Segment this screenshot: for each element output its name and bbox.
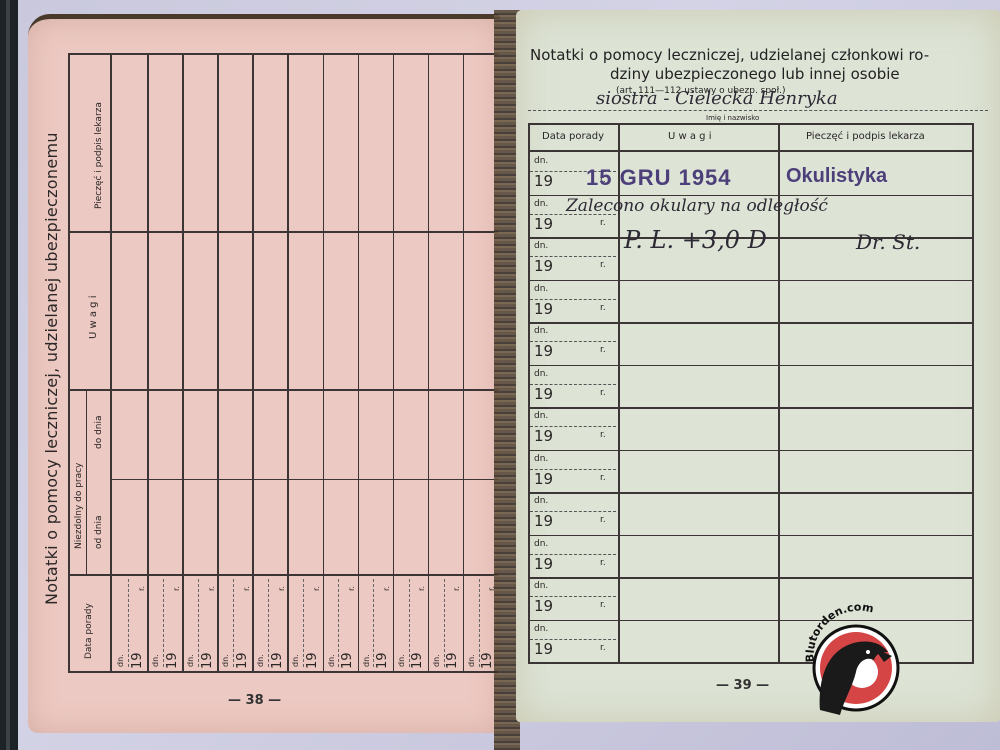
table-left bbox=[528, 123, 530, 663]
day-label: dn. bbox=[291, 654, 300, 667]
name-dotted-line bbox=[528, 110, 988, 111]
name-label: Imię i nazwisko bbox=[706, 114, 759, 122]
day-label: dn. bbox=[397, 654, 406, 667]
year-label: 19 bbox=[235, 652, 250, 669]
year-label: 19 bbox=[534, 385, 553, 403]
year-suffix: r. bbox=[600, 558, 606, 568]
year-label: 19 bbox=[534, 342, 553, 360]
year-suffix: r. bbox=[417, 586, 426, 591]
year-label: 19 bbox=[534, 172, 553, 190]
year-suffix: r. bbox=[382, 586, 391, 591]
year-label: 19 bbox=[410, 652, 425, 669]
section-line-1 bbox=[68, 231, 498, 233]
year-suffix: r. bbox=[600, 218, 606, 228]
year-label: 19 bbox=[534, 427, 553, 445]
year-label: 19 bbox=[534, 470, 553, 488]
date-dotted-line bbox=[128, 579, 129, 667]
date-dotted-line bbox=[163, 579, 164, 667]
year-suffix: r. bbox=[600, 430, 606, 440]
year-suffix: r. bbox=[600, 303, 606, 313]
section-line-2 bbox=[68, 389, 498, 391]
row-line bbox=[528, 492, 974, 494]
year-suffix: r. bbox=[277, 586, 286, 591]
day-label: dn. bbox=[534, 369, 548, 379]
column-line bbox=[428, 53, 430, 673]
year-label: 19 bbox=[340, 652, 355, 669]
day-label: dn. bbox=[534, 284, 548, 294]
column-line bbox=[463, 53, 465, 673]
year-label: 19 bbox=[534, 640, 553, 658]
section-line-4 bbox=[68, 574, 498, 576]
day-label: dn. bbox=[534, 624, 548, 634]
column-line bbox=[252, 53, 254, 673]
column-line bbox=[358, 53, 360, 673]
frame-top bbox=[68, 53, 498, 55]
day-label: dn. bbox=[362, 654, 371, 667]
day-label: dn. bbox=[534, 411, 548, 421]
column-line bbox=[217, 53, 219, 673]
frame-bottom bbox=[68, 671, 498, 673]
year-suffix: r. bbox=[600, 345, 606, 355]
day-label: dn. bbox=[534, 454, 548, 464]
year-suffix: r. bbox=[600, 600, 606, 610]
year-label: 19 bbox=[534, 215, 553, 233]
day-label: dn. bbox=[534, 539, 548, 549]
day-label: dn. bbox=[534, 326, 548, 336]
column-line bbox=[287, 53, 289, 673]
header-signature: Pieczęć i podpis lekarza bbox=[806, 131, 925, 142]
year-label: 19 bbox=[445, 652, 460, 669]
year-suffix: r. bbox=[207, 586, 216, 591]
row-line bbox=[528, 577, 974, 579]
year-suffix: r. bbox=[172, 586, 181, 591]
row-line bbox=[528, 535, 974, 537]
day-label: dn. bbox=[116, 654, 125, 667]
header-remarks: U w a g i bbox=[88, 296, 99, 339]
department-stamp: Okulistyka bbox=[786, 165, 887, 188]
row-line bbox=[528, 407, 974, 409]
header-signature: Pieczęć i podpis lekarza bbox=[94, 102, 104, 209]
date-stamp: 15 GRU 1954 bbox=[586, 165, 732, 191]
year-label: 19 bbox=[200, 652, 215, 669]
year-label: 19 bbox=[534, 512, 553, 530]
eagle-logo-icon: Blutorden.com bbox=[800, 600, 910, 720]
header-date: Data porady bbox=[542, 131, 604, 142]
header-date: Data porady bbox=[84, 603, 94, 659]
year-label: 19 bbox=[534, 597, 553, 615]
year-label: 19 bbox=[534, 555, 553, 573]
handwritten-note-1: Zalecono okulary na odległość bbox=[566, 196, 828, 216]
header-to-day: do dnia bbox=[94, 415, 104, 449]
day-label: dn. bbox=[151, 654, 160, 667]
handwritten-name: siostra - Cielecka Henryka bbox=[596, 88, 838, 109]
subheader-split bbox=[86, 389, 87, 575]
year-label: 19 bbox=[165, 652, 180, 669]
date-dotted-line bbox=[233, 579, 234, 667]
left-page-title: Notatki o pomocy leczniczej, udzielanej … bbox=[42, 132, 61, 605]
header-separator bbox=[110, 53, 112, 673]
day-label: dn. bbox=[534, 496, 548, 506]
book-cover-edge bbox=[0, 0, 18, 750]
year-suffix: r. bbox=[312, 586, 321, 591]
row-line bbox=[528, 365, 974, 367]
year-suffix: r. bbox=[600, 643, 606, 653]
handwritten-note-2: P. L. +3,0 D bbox=[624, 226, 767, 254]
column-line bbox=[182, 53, 184, 673]
section-line-3 bbox=[110, 479, 498, 480]
right-page-title: Notatki o pomocy leczniczej, udzielanej … bbox=[530, 46, 929, 84]
header-unable-to-work: Niezdolny do pracy bbox=[74, 463, 84, 549]
header-from-day: od dnia bbox=[94, 515, 104, 549]
row-line bbox=[528, 322, 974, 324]
day-label: dn. bbox=[432, 654, 441, 667]
right-page: Notatki o pomocy leczniczej, udzielanej … bbox=[516, 10, 1000, 722]
year-suffix: r. bbox=[600, 260, 606, 270]
day-label: dn. bbox=[534, 241, 548, 251]
day-label: dn. bbox=[534, 199, 548, 209]
doctor-signature: Dr. St. bbox=[856, 230, 920, 254]
year-suffix: r. bbox=[347, 586, 356, 591]
year-suffix: r. bbox=[242, 586, 251, 591]
day-label: dn. bbox=[256, 654, 265, 667]
header-bottom bbox=[528, 150, 974, 152]
column-line bbox=[147, 53, 149, 673]
header-remarks: U w a g i bbox=[668, 131, 711, 142]
year-suffix: r. bbox=[452, 586, 461, 591]
day-label: dn. bbox=[327, 654, 336, 667]
left-page: Notatki o pomocy leczniczej, udzielanej … bbox=[28, 14, 500, 733]
year-label: 19 bbox=[534, 300, 553, 318]
date-dotted-line bbox=[198, 579, 199, 667]
year-suffix: r. bbox=[600, 473, 606, 483]
page-number-right: — 39 — bbox=[716, 678, 769, 693]
title-line-1: Notatki o pomocy leczniczej, udzielanej … bbox=[530, 46, 929, 65]
day-label: dn. bbox=[467, 654, 476, 667]
year-suffix: r. bbox=[600, 388, 606, 398]
row-line bbox=[528, 450, 974, 452]
date-dotted-line bbox=[268, 579, 269, 667]
day-label: dn. bbox=[221, 654, 230, 667]
year-suffix: r. bbox=[600, 515, 606, 525]
day-label: dn. bbox=[534, 581, 548, 591]
table-right bbox=[972, 123, 974, 663]
year-label: 19 bbox=[375, 652, 390, 669]
frame-left bbox=[68, 53, 70, 673]
title-line-2: dziny ubezpieczonego lub innej osobie bbox=[530, 65, 929, 84]
blutorden-watermark: Blutorden.com bbox=[800, 600, 910, 720]
year-label: 19 bbox=[305, 652, 320, 669]
page-number-left: — 38 — bbox=[228, 693, 281, 708]
day-label: dn. bbox=[534, 156, 548, 166]
row-line bbox=[528, 280, 974, 282]
column-line bbox=[323, 53, 325, 673]
year-label: 19 bbox=[270, 652, 285, 669]
year-label: 19 bbox=[130, 652, 145, 669]
year-label: 19 bbox=[534, 257, 553, 275]
table-top bbox=[528, 123, 974, 125]
column-line bbox=[393, 53, 395, 673]
day-label: dn. bbox=[186, 654, 195, 667]
year-suffix: r. bbox=[137, 586, 146, 591]
